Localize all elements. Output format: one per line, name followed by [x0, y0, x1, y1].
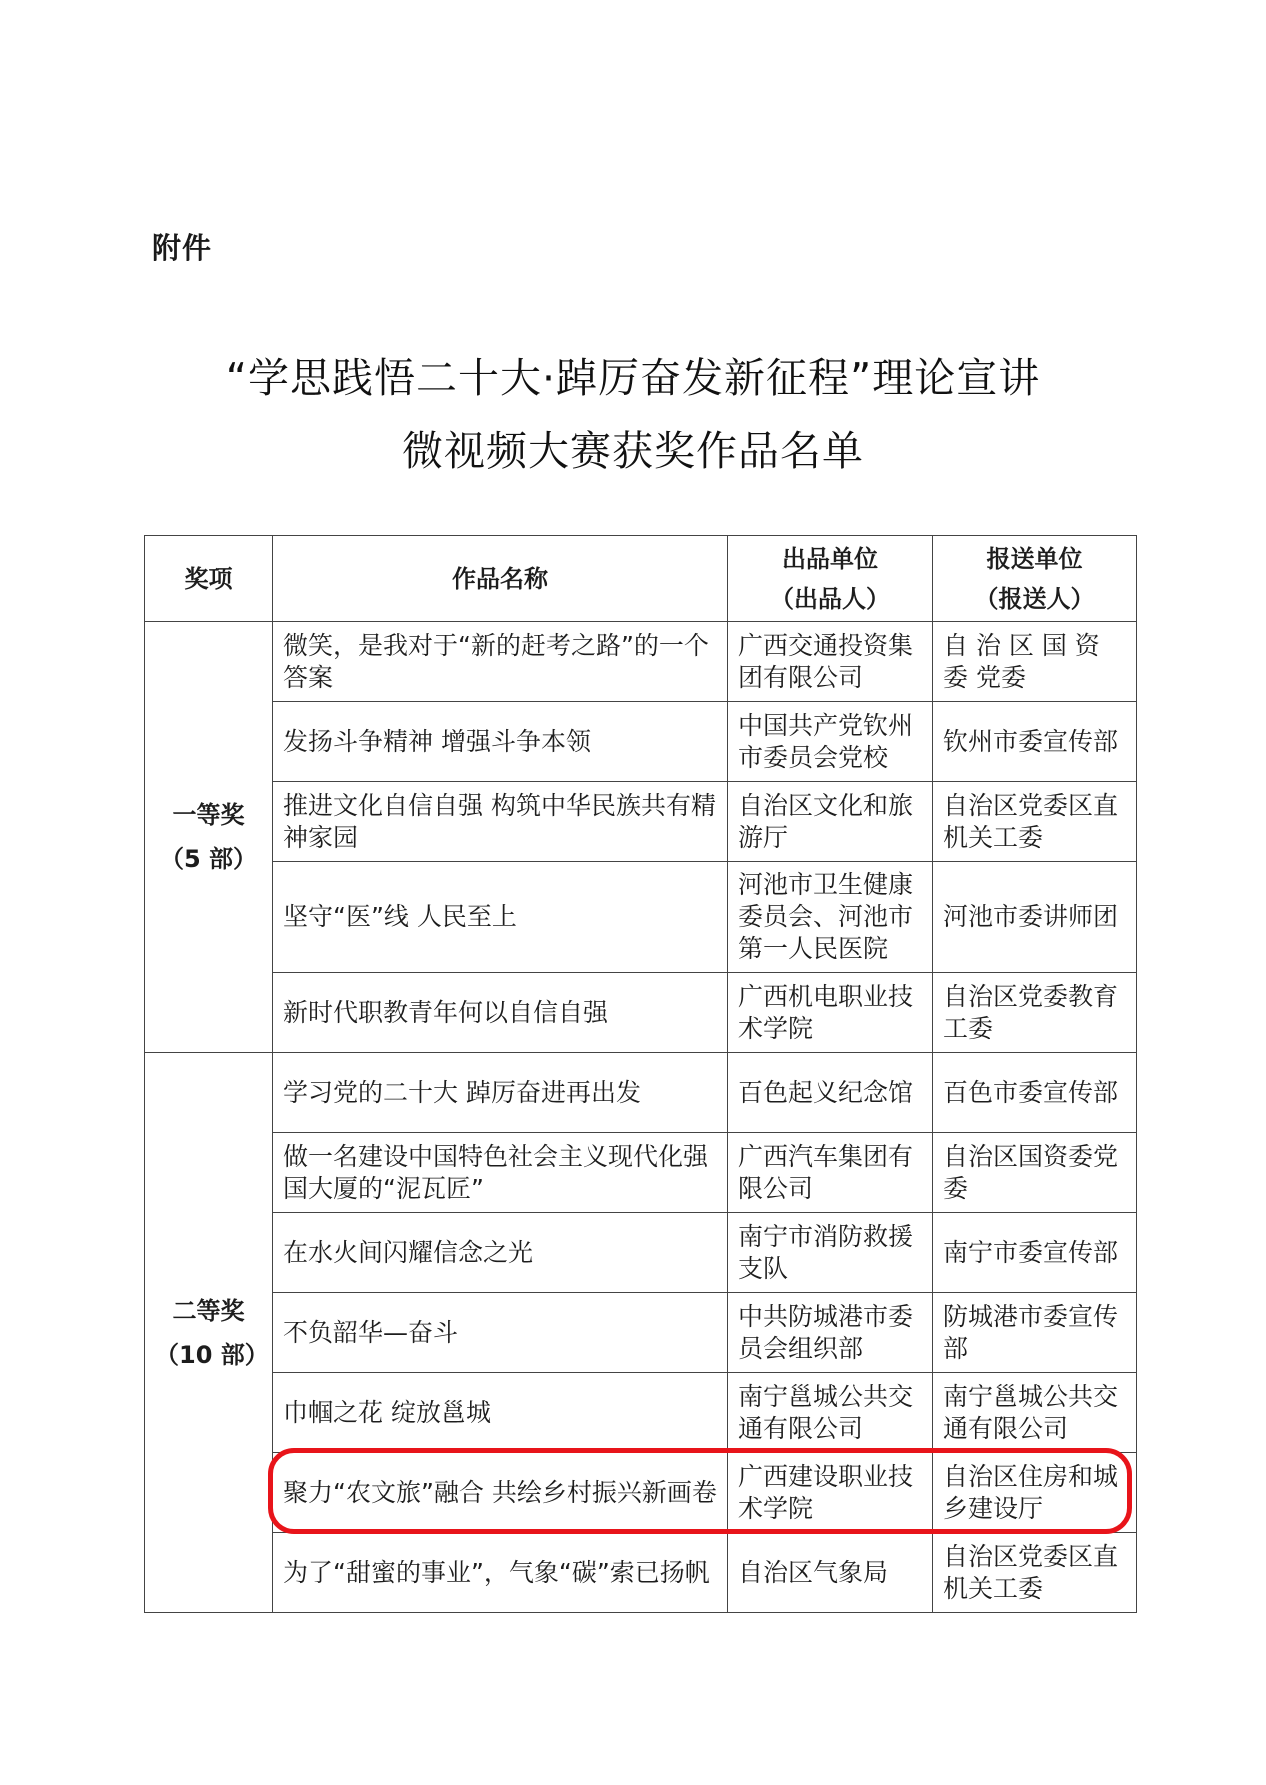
producer: 自治区文化和旅游厅 [728, 782, 933, 862]
work-title: 推进文化自信自强 构筑中华民族共有精神家园 [273, 782, 728, 862]
producer: 南宁邕城公共交通有限公司 [728, 1373, 933, 1453]
table-row: 新时代职教青年何以自信自强 广西机电职业技术学院 自治区党委教育工委 [145, 973, 1137, 1053]
table-row: 为了“甜蜜的事业”，气象“碳”索已扬帆 自治区气象局 自治区党委区直机关工委 [145, 1533, 1137, 1613]
header-producer: 出品单位（出品人） [728, 536, 933, 622]
table-row: 不负韶华—奋斗 中共防城港市委员会组织部 防城港市委宣传部 [145, 1293, 1137, 1373]
submitter: 自治区党委区直机关工委 [933, 1533, 1137, 1613]
header-award-label: 奖项 [185, 565, 233, 593]
producer: 南宁市消防救援支队 [728, 1213, 933, 1293]
header-award: 奖项 [145, 536, 273, 622]
producer: 自治区气象局 [728, 1533, 933, 1613]
work-title: 巾帼之花 绽放邕城 [273, 1373, 728, 1453]
table-row: 一等奖（5 部） 微笑，是我对于“新的赶考之路”的一个答案 广西交通投资集团有限… [145, 622, 1137, 702]
work-title: 新时代职教青年何以自信自强 [273, 973, 728, 1053]
header-submitter: 报送单位（报送人） [933, 536, 1137, 622]
work-title: 在水火间闪耀信念之光 [273, 1213, 728, 1293]
header-producer-line1: 出品单位 [782, 545, 878, 573]
header-producer-line2: （出品人） [770, 585, 890, 613]
submitter: 钦州市委宣传部 [933, 702, 1137, 782]
producer: 百色起义纪念馆 [728, 1053, 933, 1133]
submitter: 河池市委讲师团 [933, 862, 1137, 973]
table-row: 巾帼之花 绽放邕城 南宁邕城公共交通有限公司 南宁邕城公共交通有限公司 [145, 1373, 1137, 1453]
table-row: 做一名建设中国特色社会主义现代化强国大厦的“泥瓦匠” 广西汽车集团有限公司 自治… [145, 1133, 1137, 1213]
awards-table: 奖项 作品名称 出品单位（出品人） 报送单位（报送人） 一等奖（5 部） 微笑，… [144, 535, 1137, 1613]
table-row: 坚守“医”线 人民至上 河池市卫生健康委员会、河池市第一人民医院 河池市委讲师团 [145, 862, 1137, 973]
work-title: 学习党的二十大 踔厉奋进再出发 [273, 1053, 728, 1133]
document-title-line-1: “学思践悟二十大·踔厉奋发新征程”理论宣讲 [0, 345, 1266, 404]
table-row: 二等奖（10 部） 学习党的二十大 踔厉奋进再出发 百色起义纪念馆 百色市委宣传… [145, 1053, 1137, 1133]
table-row: 在水火间闪耀信念之光 南宁市消防救援支队 南宁市委宣传部 [145, 1213, 1137, 1293]
submitter: 防城港市委宣传部 [933, 1293, 1137, 1373]
work-title: 发扬斗争精神 增强斗争本领 [273, 702, 728, 782]
producer: 广西交通投资集团有限公司 [728, 622, 933, 702]
award-second-prize: 二等奖（10 部） [145, 1053, 273, 1613]
submitter: 自 治 区 国 资 委 党委 [933, 622, 1137, 702]
submitter: 南宁市委宣传部 [933, 1213, 1137, 1293]
submitter: 自治区国资委党委 [933, 1133, 1137, 1213]
work-title: 为了“甜蜜的事业”，气象“碳”索已扬帆 [273, 1533, 728, 1613]
submitter: 自治区党委教育工委 [933, 973, 1137, 1053]
table-row-highlighted: 聚力“农文旅”融合 共绘乡村振兴新画卷 广西建设职业技术学院 自治区住房和城乡建… [145, 1453, 1137, 1533]
producer: 广西汽车集团有限公司 [728, 1133, 933, 1213]
submitter: 百色市委宣传部 [933, 1053, 1137, 1133]
producer: 中共防城港市委员会组织部 [728, 1293, 933, 1373]
submitter: 自治区住房和城乡建设厅 [933, 1453, 1137, 1533]
submitter: 自治区党委区直机关工委 [933, 782, 1137, 862]
work-title: 不负韶华—奋斗 [273, 1293, 728, 1373]
producer: 广西建设职业技术学院 [728, 1453, 933, 1533]
work-title: 做一名建设中国特色社会主义现代化强国大厦的“泥瓦匠” [273, 1133, 728, 1213]
award-count: （10 部） [155, 1341, 269, 1369]
table-row: 发扬斗争精神 增强斗争本领 中国共产党钦州市委员会党校 钦州市委宣传部 [145, 702, 1137, 782]
work-title: 聚力“农文旅”融合 共绘乡村振兴新画卷 [273, 1453, 728, 1533]
award-first-prize: 一等奖（5 部） [145, 622, 273, 1053]
producer: 中国共产党钦州市委员会党校 [728, 702, 933, 782]
work-title: 微笑，是我对于“新的赶考之路”的一个答案 [273, 622, 728, 702]
producer: 广西机电职业技术学院 [728, 973, 933, 1053]
document-title-line-2: 微视频大赛获奖作品名单 [0, 418, 1266, 477]
award-name: 一等奖 [173, 801, 245, 829]
header-submitter-line1: 报送单位 [987, 545, 1083, 573]
producer: 河池市卫生健康委员会、河池市第一人民医院 [728, 862, 933, 973]
table-header-row: 奖项 作品名称 出品单位（出品人） 报送单位（报送人） [145, 536, 1137, 622]
header-work-label: 作品名称 [452, 565, 548, 593]
attachment-label: 附件 [152, 226, 212, 267]
header-submitter-line2: （报送人） [975, 585, 1095, 613]
work-title: 坚守“医”线 人民至上 [273, 862, 728, 973]
header-work: 作品名称 [273, 536, 728, 622]
submitter: 南宁邕城公共交通有限公司 [933, 1373, 1137, 1453]
award-count: （5 部） [160, 845, 257, 873]
award-name: 二等奖 [173, 1297, 245, 1325]
table-row: 推进文化自信自强 构筑中华民族共有精神家园 自治区文化和旅游厅 自治区党委区直机… [145, 782, 1137, 862]
